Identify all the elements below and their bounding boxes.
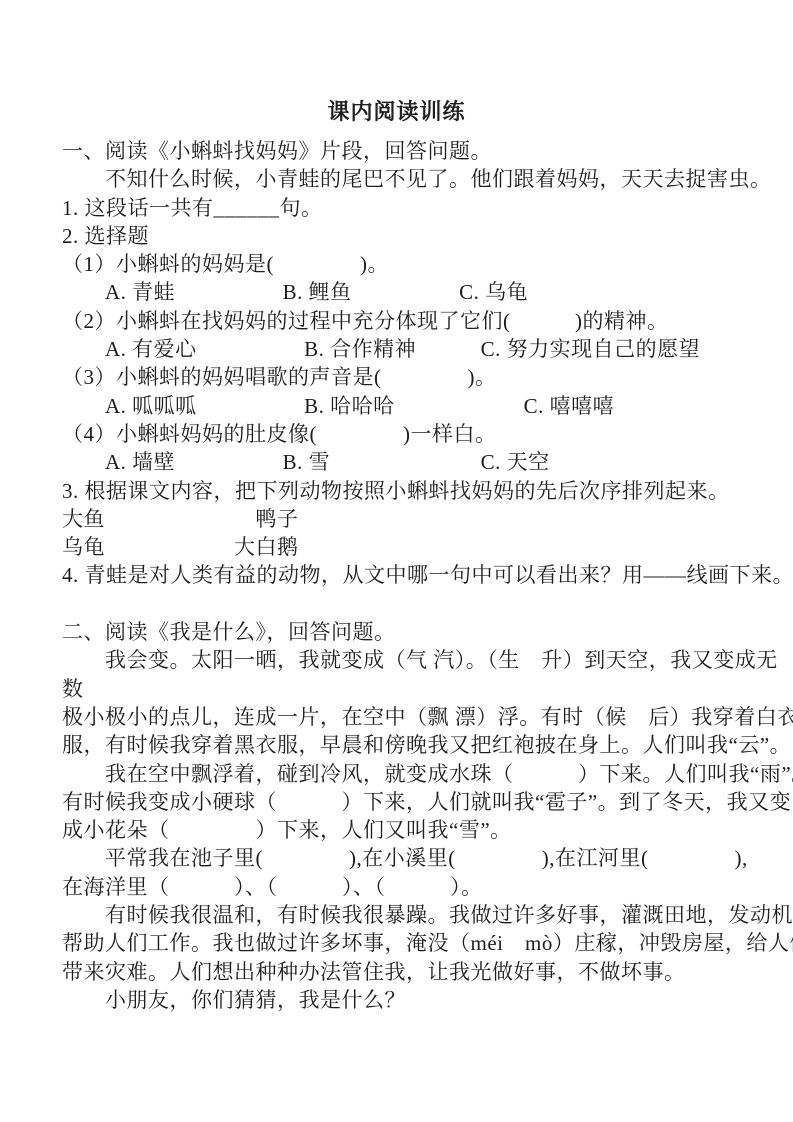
choice-stem-3: （3）小蝌蚪的妈妈唱歌的声音是( )。 bbox=[62, 363, 765, 391]
passage-line: 数 bbox=[62, 675, 765, 703]
worksheet-title: 课内阅读训练 bbox=[0, 97, 793, 126]
question-3: 3. 根据课文内容，把下列动物按照小蝌蚪找妈妈的先后次序排列起来。 bbox=[62, 477, 765, 505]
choice-stem-1: （1）小蝌蚪的妈妈是( )。 bbox=[62, 250, 765, 278]
blank-line bbox=[62, 590, 765, 618]
passage-line: 带来灾难。人们想出种种办法管住我，让我光做好事，不做坏事。 bbox=[62, 958, 765, 986]
passage-line: 有时候我变成小硬球（ ）下来，人们就叫我“雹子”。到了冬天，我又变 bbox=[62, 788, 765, 816]
section-one-heading: 一、阅读《小蝌蚪找妈妈》片段，回答问题。 bbox=[62, 137, 765, 165]
section-two-heading: 二、阅读《我是什么》，回答问题。 bbox=[62, 618, 765, 646]
passage-line: 成小花朵（ ）下来，人们又叫我“雪”。 bbox=[62, 816, 765, 844]
animal-row-2: 乌龟 大白鹅 bbox=[62, 533, 765, 561]
choice-stem-4: （4）小蝌蚪妈妈的肚皮像( )一样白。 bbox=[62, 420, 765, 448]
passage-line: 有时候我很温和，有时候我很暴躁。我做过许多好事，灌溉田地，发动机器， bbox=[62, 901, 765, 929]
passage-line: 服，有时候我穿着黑衣服，早晨和傍晚我又把红袍披在身上。人们叫我“云”。 bbox=[62, 731, 765, 759]
question-2-label: 2. 选择题 bbox=[62, 222, 765, 250]
worksheet-page: 课内阅读训练 一、阅读《小蝌蚪找妈妈》片段，回答问题。 不知什么时候，小青蛙的尾… bbox=[0, 0, 793, 1122]
animal-row-1: 大鱼 鸭子 bbox=[62, 505, 765, 533]
passage-line: 我在空中飘浮着，碰到冷风，就变成水珠（ ）下来。人们叫我“雨”。 bbox=[62, 760, 765, 788]
choice-stem-2: （2）小蝌蚪在找妈妈的过程中充分体现了它们( )的精神。 bbox=[62, 307, 765, 335]
choice-options-1: A. 青蛙 B. 鲤鱼 C. 乌龟 bbox=[62, 278, 765, 306]
passage-line: 在海洋里（ ）、（ ）、（ ）。 bbox=[62, 873, 765, 901]
question-4: 4. 青蛙是对人类有益的动物，从文中哪一句中可以看出来？用——线画下来。 bbox=[62, 561, 765, 589]
passage-line: 小朋友，你们猜猜，我是什么？ bbox=[62, 986, 765, 1014]
passage-line: 帮助人们工作。我也做过许多坏事，淹没（méi mò）庄稼，冲毁房屋，给人们 bbox=[62, 929, 765, 957]
passage-line: 平常我在池子里( ),在小溪里( ),在江河里( ), bbox=[62, 844, 765, 872]
choice-options-4: A. 墙壁 B. 雪 C. 天空 bbox=[62, 448, 765, 476]
choice-options-3: A. 呱呱呱 B. 哈哈哈 C. 嘻嘻嘻 bbox=[62, 392, 765, 420]
worksheet-content: 一、阅读《小蝌蚪找妈妈》片段，回答问题。 不知什么时候，小青蛙的尾巴不见了。他们… bbox=[62, 137, 765, 1014]
choice-options-2: A. 有爱心 B. 合作精神 C. 努力实现自己的愿望 bbox=[62, 335, 765, 363]
section-one-passage: 不知什么时候，小青蛙的尾巴不见了。他们跟着妈妈，天天去捉害虫。 bbox=[62, 165, 765, 193]
passage-line: 极小极小的点儿，连成一片，在空中（飘 漂）浮。有时（候 后）我穿着白衣 bbox=[62, 703, 765, 731]
question-1: 1. 这段话一共有______句。 bbox=[62, 194, 765, 222]
passage-line: 我会变。太阳一晒，我就变成（气 汽）。（生 升）到天空，我又变成无 bbox=[62, 646, 765, 674]
